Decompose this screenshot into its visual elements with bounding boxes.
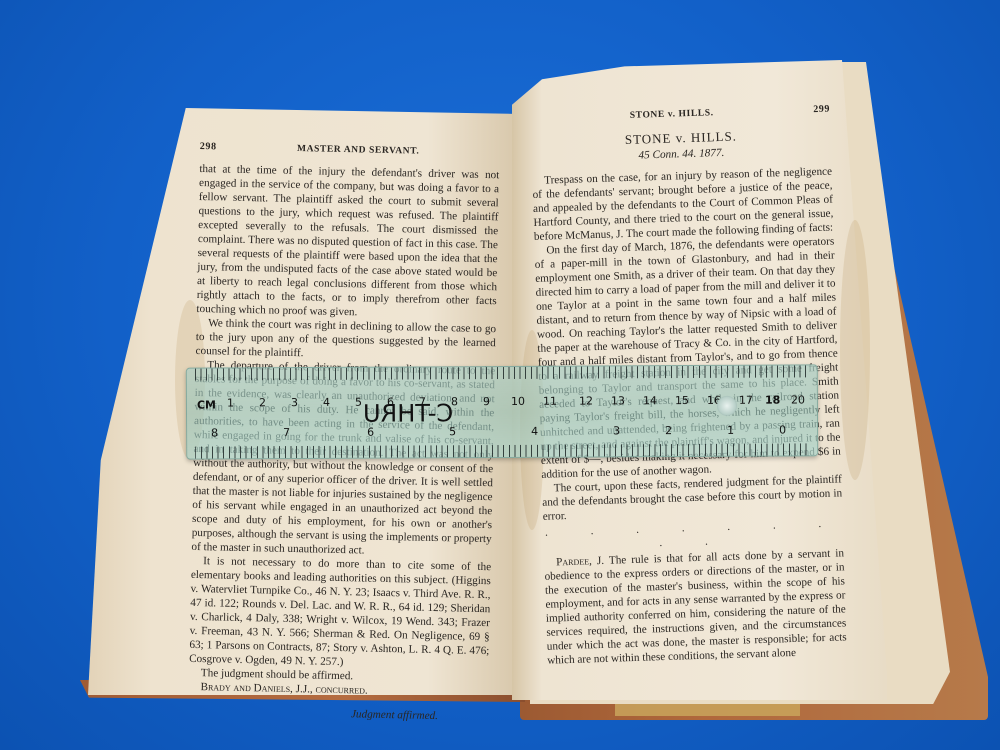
water-stain [840,220,870,480]
ruler-inch-mark: 0 [779,424,786,437]
ruler-mark: 10 [511,395,525,408]
ruler-mark: 13 [611,394,625,407]
ruler-mark: 15 [675,394,689,407]
opinion-judge: Pardee, J. [556,555,604,568]
ruler-inch-mark: 8 [211,426,218,439]
paragraph: that at the time of the injury the defen… [196,162,499,322]
ruler-inch-ticks [195,443,809,458]
page-number: 299 [813,103,830,118]
ruler-mark: 20 [791,393,805,406]
ruler-mark: 11 [543,395,557,408]
ruler-inch-mark: 5 [449,425,456,438]
ruler-mark: 18 [765,394,780,407]
ruler-mark: 2 [259,396,266,409]
ruler-inch-mark: 4 [531,425,538,438]
running-head: MASTER AND SERVANT. [297,142,420,159]
paragraph: It is not necessary to do more than to c… [189,554,491,672]
paragraph: The court, upon these facts, rendered ju… [542,472,843,523]
ruler-inch-mark: 1 [727,424,734,437]
page-number: 298 [200,140,217,154]
ruler-brand-logo: C-THRU [363,399,453,427]
ruler-cm-label: CM [197,398,216,411]
ruler-hang-hole [717,396,737,416]
ruler-mark: 5 [355,396,362,409]
ruler-cm-ticks [195,365,809,380]
running-head: STONE v. HILLS. [630,106,714,123]
ruler-mark: 9 [483,395,490,408]
ruler-inch-mark: 3 [613,424,620,437]
transparent-ruler: CM 1 2 3 4 5 6 7 8 9 10 11 12 13 14 15 1… [186,364,818,459]
ruler-mark: 3 [291,396,298,409]
ruler-mark: 4 [323,396,330,409]
ruler-inch-mark: 7 [283,426,290,439]
paragraph: Trespass on the case, for an injury by r… [532,165,834,244]
ruler-mark: 17 [739,394,753,407]
judgment-closing: Judgment affirmed. [188,704,488,724]
ruler-mark: 1 [227,396,234,409]
ruler-mark: 14 [643,394,657,407]
ruler-inch-mark: 2 [665,424,672,437]
ruler-mark: 12 [579,395,593,408]
paragraph: We think the court was right in declinin… [195,316,496,364]
ruler-inch-mark: 6 [367,426,374,439]
